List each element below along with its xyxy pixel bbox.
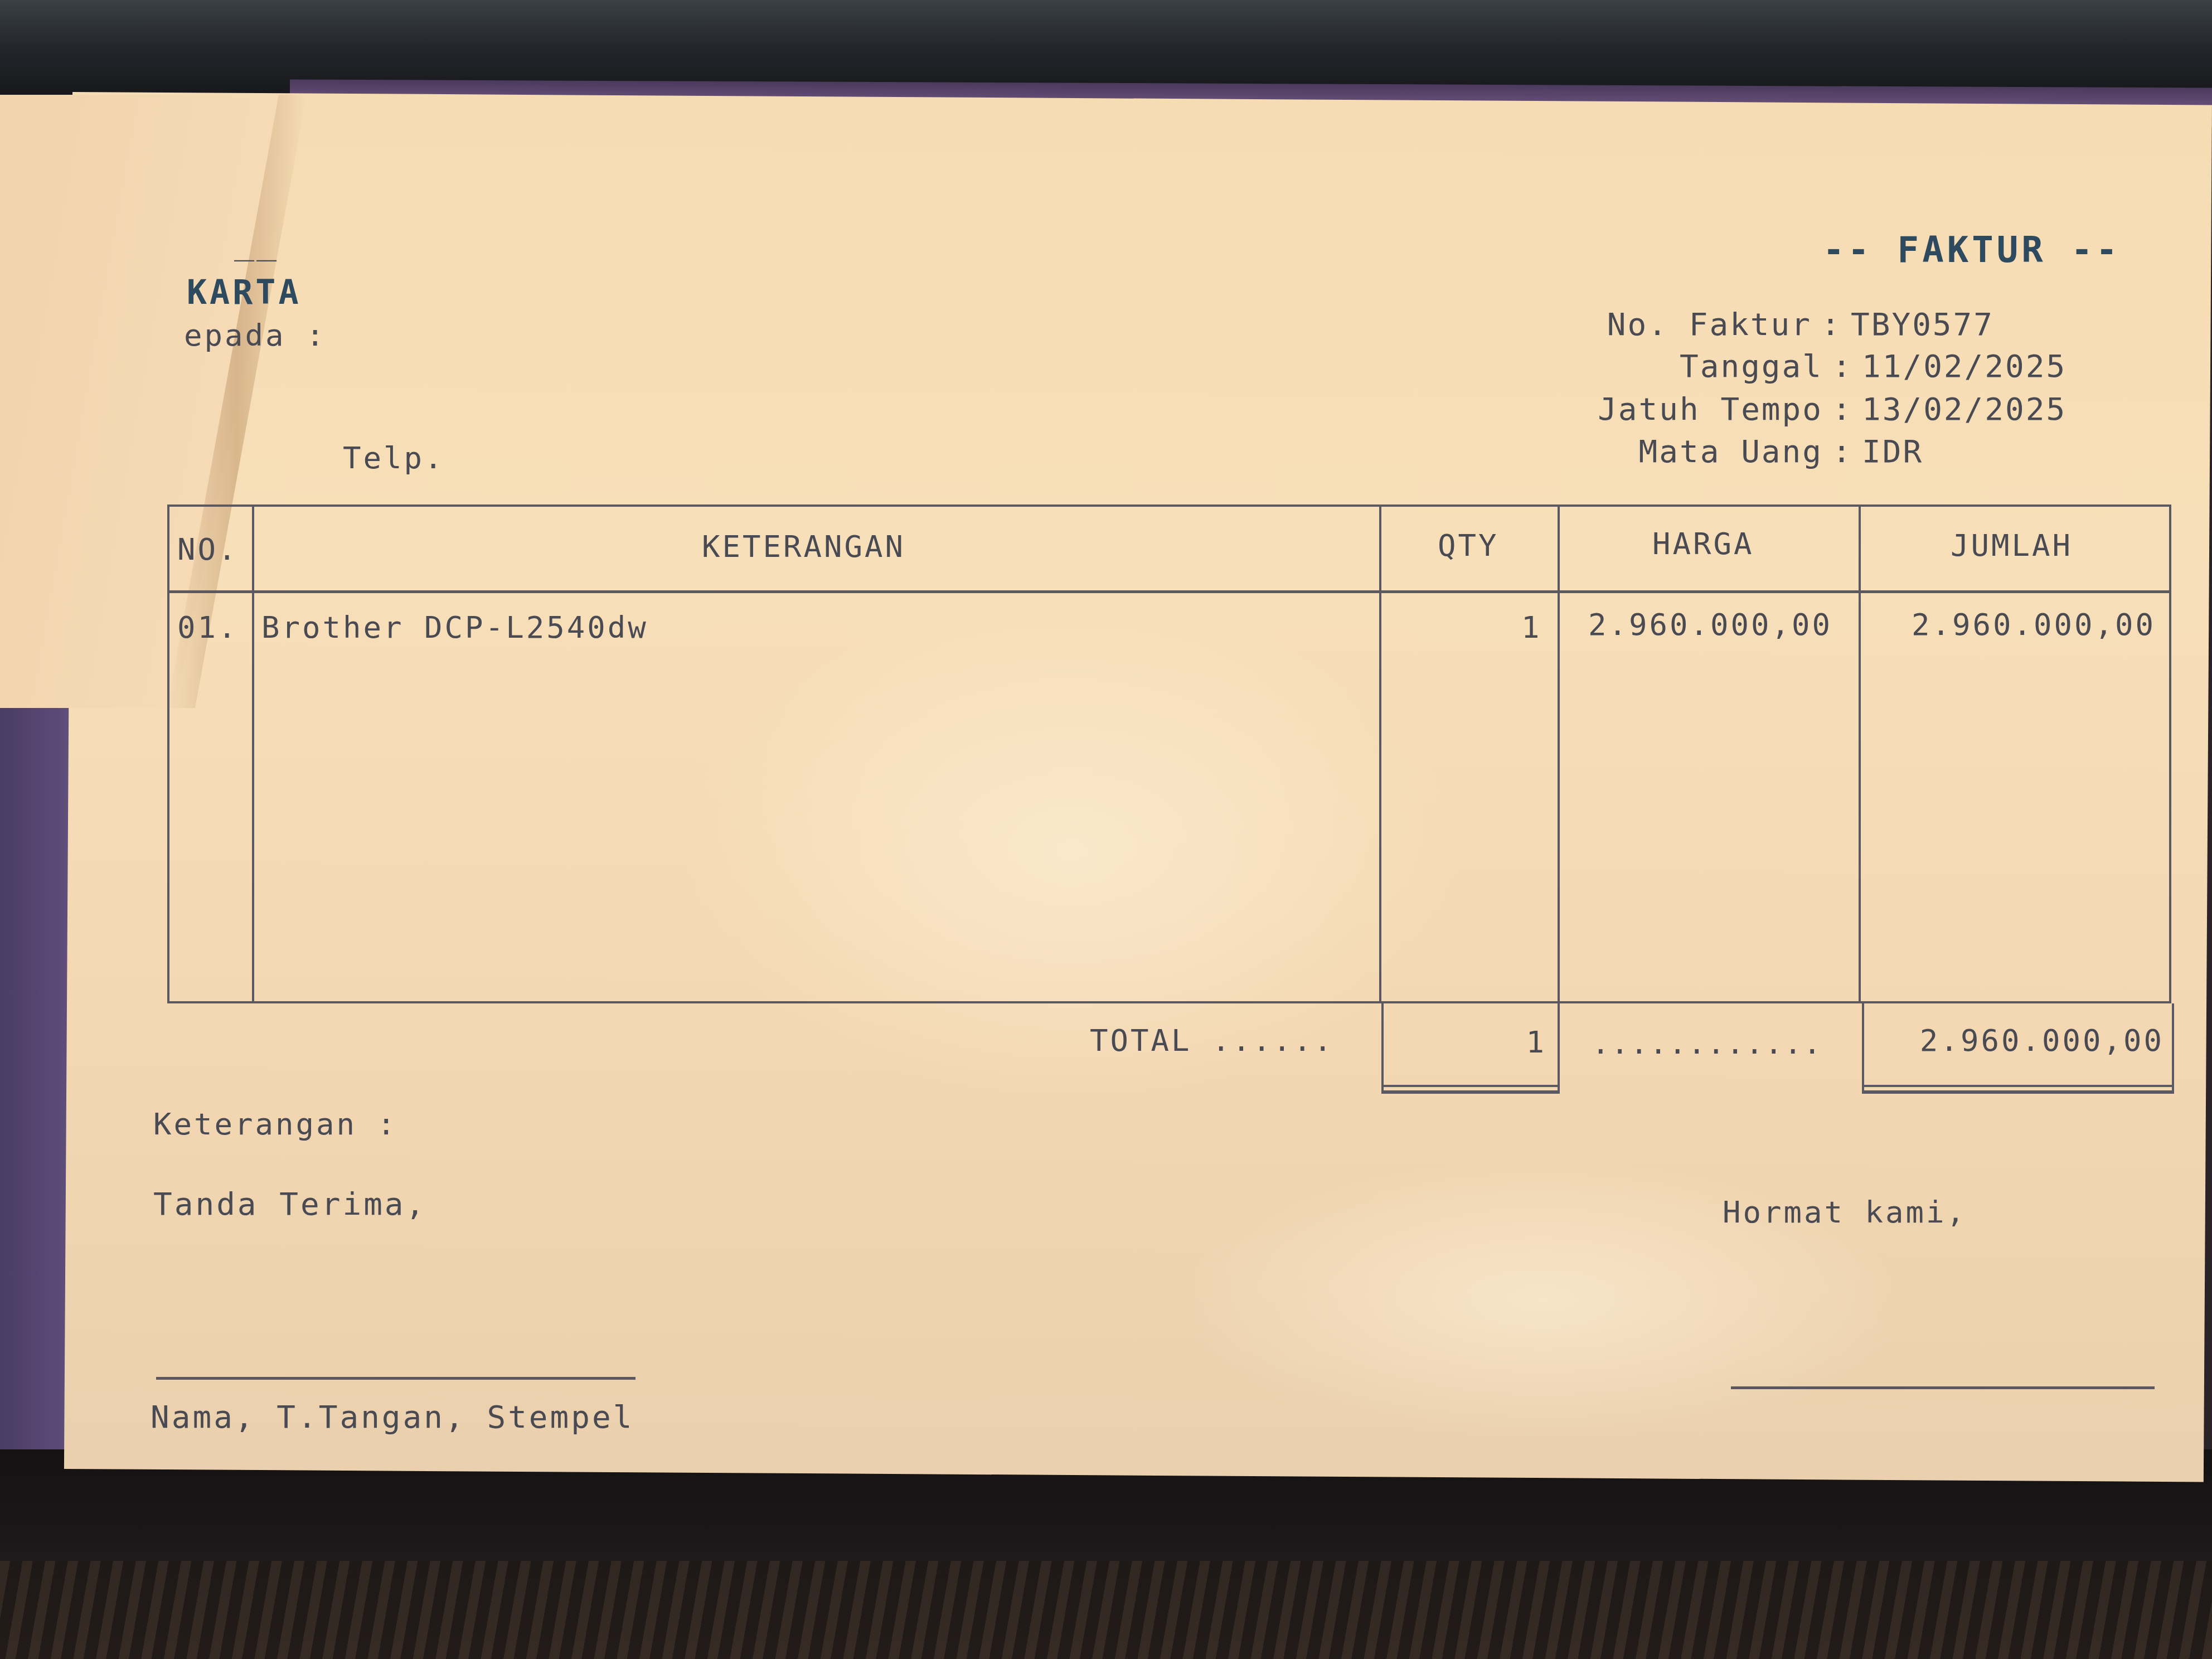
meta-separator: : [1823, 391, 1862, 428]
meta-tanggal: Tanggal : 11/02/2025 [1555, 348, 2067, 385]
column-divider [1859, 507, 1861, 1001]
meta-separator: : [1823, 434, 1862, 470]
row-no: 01. [177, 610, 239, 645]
meta-no-faktur: No. Faktur : TBY0577 [1544, 307, 1994, 343]
header-jumlah: JUMLAH [1951, 528, 2073, 563]
meta-mata-uang: Mata Uang : IDR [1555, 434, 1923, 470]
meta-value: TBY0577 [1851, 307, 1994, 343]
meta-label: Jatuh Tempo [1555, 391, 1823, 428]
total-harga-filler: ............ [1592, 1026, 1822, 1061]
tanda-terima-label: Tanda Terima, [153, 1186, 426, 1223]
keterangan-note-label: Keterangan : [153, 1107, 397, 1142]
receiver-signature-line [156, 1377, 636, 1380]
header-harga: HARGA [1652, 526, 1754, 561]
meta-label: Mata Uang [1555, 434, 1823, 470]
meta-separator: : [1812, 307, 1851, 343]
items-table: NO. KETERANGAN QTY HARGA JUMLAH 01. Brot… [167, 505, 2171, 1003]
background-fabric-texture [0, 1561, 2212, 1659]
total-label: TOTAL ...... [1090, 1023, 1334, 1058]
total-jumlah-box: 2.960.000,00 [1862, 1003, 2174, 1094]
double-underline [1384, 1085, 1558, 1094]
row-harga: 2.960.000,00 [1588, 607, 1832, 642]
meta-value: IDR [1862, 434, 1923, 470]
double-underline [1864, 1085, 2172, 1094]
header-qty: QTY [1438, 528, 1499, 563]
row-keterangan: Brother DCP-L2540dw [261, 610, 648, 645]
meta-label: No. Faktur [1544, 307, 1812, 343]
row-jumlah: 2.960.000,00 [1912, 607, 2156, 642]
invoice-title: -- FAKTUR -- [1823, 230, 2121, 271]
seller-signature-line [1731, 1386, 2155, 1389]
meta-value: 11/02/2025 [1862, 348, 2067, 385]
telp-label: Telp. [343, 440, 445, 476]
row-qty: 1 [1521, 610, 1542, 645]
column-divider [252, 507, 254, 1001]
column-divider [1558, 507, 1560, 1001]
company-name-partial: KARTA [187, 273, 302, 312]
hormat-kami-label: Hormat kami, [1723, 1195, 1967, 1230]
header-keterangan: KETERANGAN [702, 529, 905, 564]
meta-label: Tanggal [1555, 348, 1823, 385]
table-header-row [169, 507, 2169, 593]
kepada-label: epada : [184, 318, 327, 353]
meta-jatuh-tempo: Jatuh Tempo : 13/02/2025 [1555, 391, 2067, 428]
total-jumlah: 2.960.000,00 [1920, 1023, 2164, 1058]
total-qty: 1 [1526, 1025, 1546, 1060]
meta-value: 13/02/2025 [1862, 391, 2067, 428]
meta-separator: : [1823, 348, 1862, 385]
header-dash: __ [234, 223, 279, 262]
signature-caption: Nama, T.Tangan, Stempel [151, 1399, 634, 1435]
total-qty-box: 1 [1381, 1003, 1560, 1094]
header-no: NO. [177, 532, 239, 567]
column-divider [1379, 507, 1381, 1001]
